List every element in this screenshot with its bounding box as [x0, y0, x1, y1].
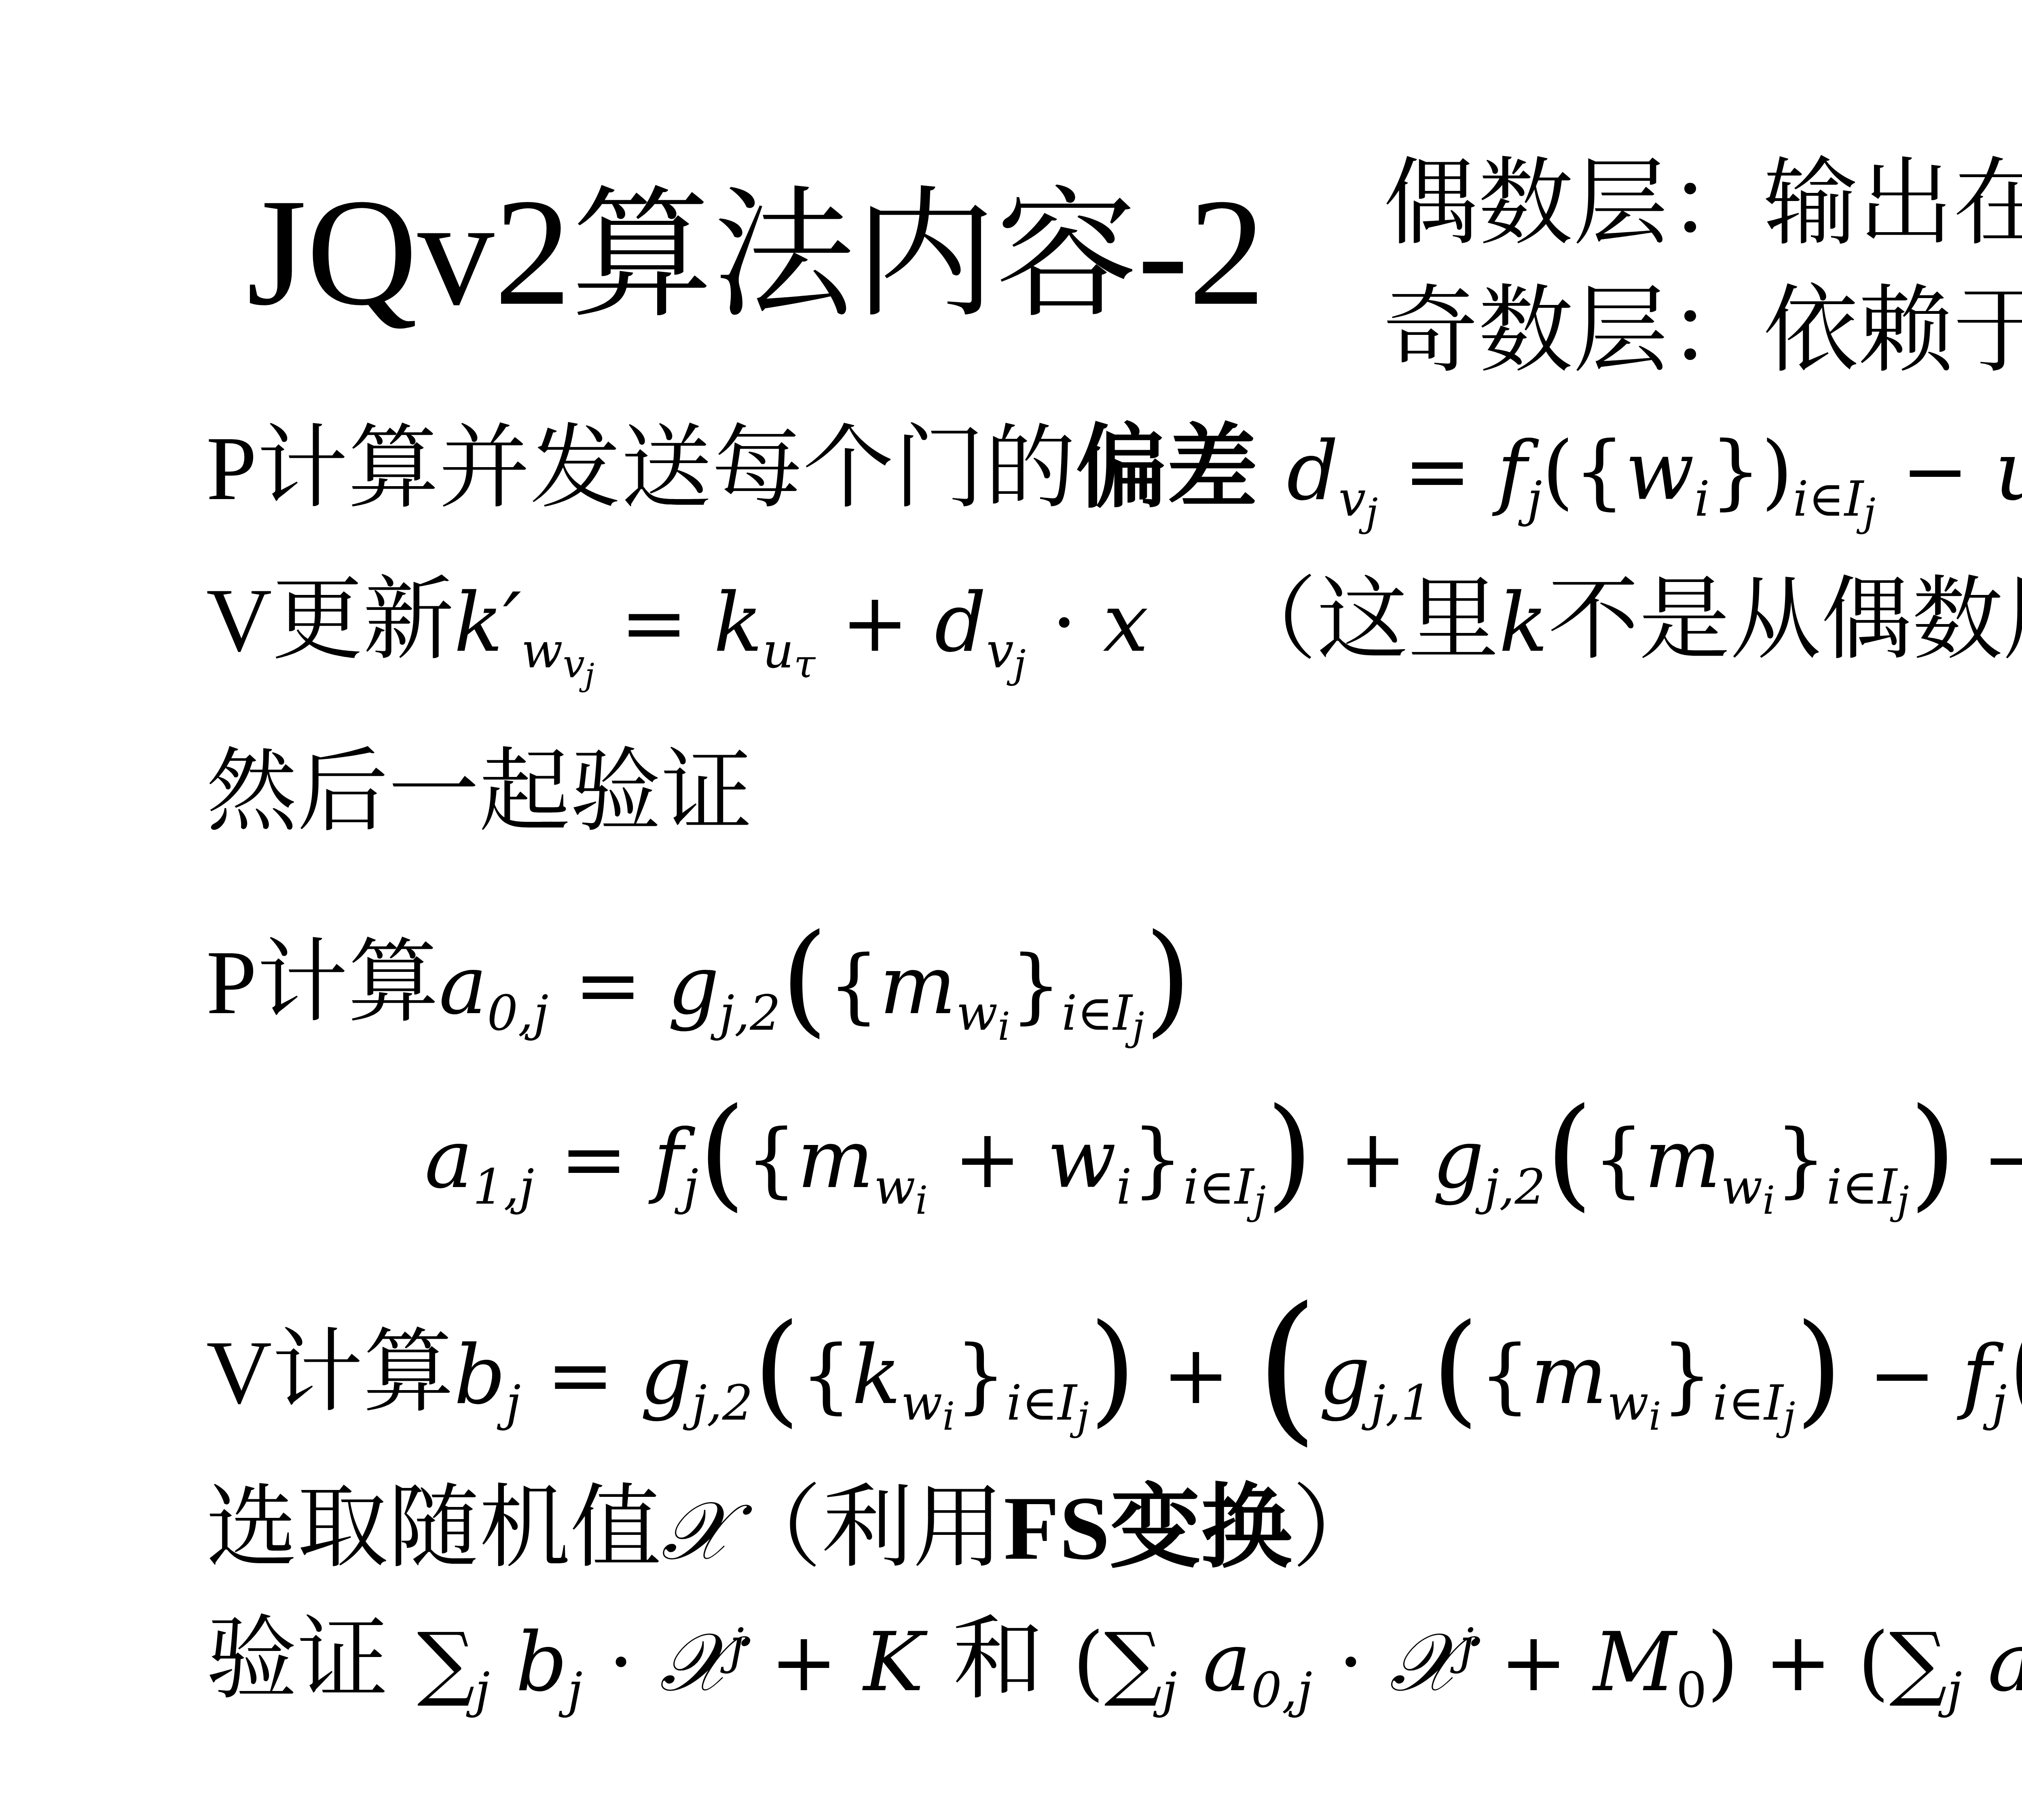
note-k: k	[1499, 576, 1548, 670]
note-odd-layer: 奇数层：依赖于偶数层输出，进行通信	[1383, 283, 2022, 378]
line-text: 更新	[272, 567, 454, 673]
line-random-challenge: 选取随机值𝒳（利用FS变换）	[206, 1482, 1383, 1574]
line-text: 选取随机值	[206, 1475, 661, 1581]
formula-update: k′wvj = kuτ + dvj · x	[454, 576, 1149, 670]
paren-close: ）	[1292, 1475, 1383, 1581]
line-a1: a1,j = fj({mwi + wi}i∈Ij) + gj,2({mwi}i∈…	[425, 1092, 2022, 1213]
bold-term: 偏差	[1076, 415, 1258, 521]
title-cjk: 算法内容	[571, 172, 1137, 337]
note-rest: 不是从偶数层来的，而是离线产生）	[1548, 567, 2022, 673]
symbol-chi: 𝒳	[661, 1484, 731, 1578]
title-suffix: -2	[1137, 167, 1265, 337]
line-update: V更新k′wvj = kuτ + dvj · x （这里k不是从偶数层来的，而是…	[206, 574, 2022, 675]
note-even-layer: 偶数层：输出在奇数层用到，无需通信	[1383, 156, 2022, 251]
line-text: 计算	[272, 1319, 454, 1425]
line-text: 计算	[257, 929, 439, 1035]
line-text: 计算并发送每个门的	[257, 415, 1076, 521]
slide-title: JQv2算法内容-2	[247, 174, 1265, 329]
bold-transform: 变换	[1110, 1475, 1292, 1581]
line-verify-together: 然后一起验证	[206, 746, 752, 837]
bold-fs: FS	[1004, 1477, 1110, 1579]
line-v-compute-b: V计算bj = gj,2({kwi}i∈Ij) + (gj,1({mwi}i∈I…	[206, 1286, 2022, 1448]
formula-a0: a0,j = gj,2({mwi}i∈Ij)	[439, 938, 1191, 1033]
line-text: 验证	[206, 1606, 388, 1712]
line-verify-equal: 验证 ∑j bj · 𝒳j + K 和 (∑j a0,j · 𝒳j + M0) …	[206, 1614, 2022, 1705]
line-p-compute-a0: P计算a0,j = gj,2({mwi}i∈Ij)	[206, 918, 1192, 1039]
formula-left: ∑j bj · 𝒳j + K	[417, 1615, 924, 1710]
paren-open: （利用	[731, 1475, 1004, 1581]
note-open: （这里	[1226, 567, 1499, 673]
party-p: P	[206, 418, 257, 519]
party-v: V	[206, 569, 272, 671]
title-latin: JQv2	[247, 167, 571, 337]
formula-deviation: dvj = fj({wi})i∈Ij − uvj	[1287, 424, 2022, 518]
and-text: 和	[953, 1606, 1044, 1712]
party-p: P	[206, 932, 257, 1033]
line-deviation: P计算并发送每个门的偏差 dvj = fj({wi})i∈Ij − uvj	[206, 423, 2022, 514]
formula-b: bj = gj,2({kwi}i∈Ij) + (gj,1({mwi}i∈Ij) …	[454, 1328, 2022, 1422]
party-v: V	[206, 1322, 272, 1423]
formula-right: (∑j a0,j · 𝒳j + M0) + (∑j a1,j · 𝒳j + M1…	[1073, 1615, 2022, 1710]
formula-a1: a1,j = fj({mwi + wi}i∈Ij) + gj,2({mwi}i∈…	[425, 1112, 2022, 1206]
